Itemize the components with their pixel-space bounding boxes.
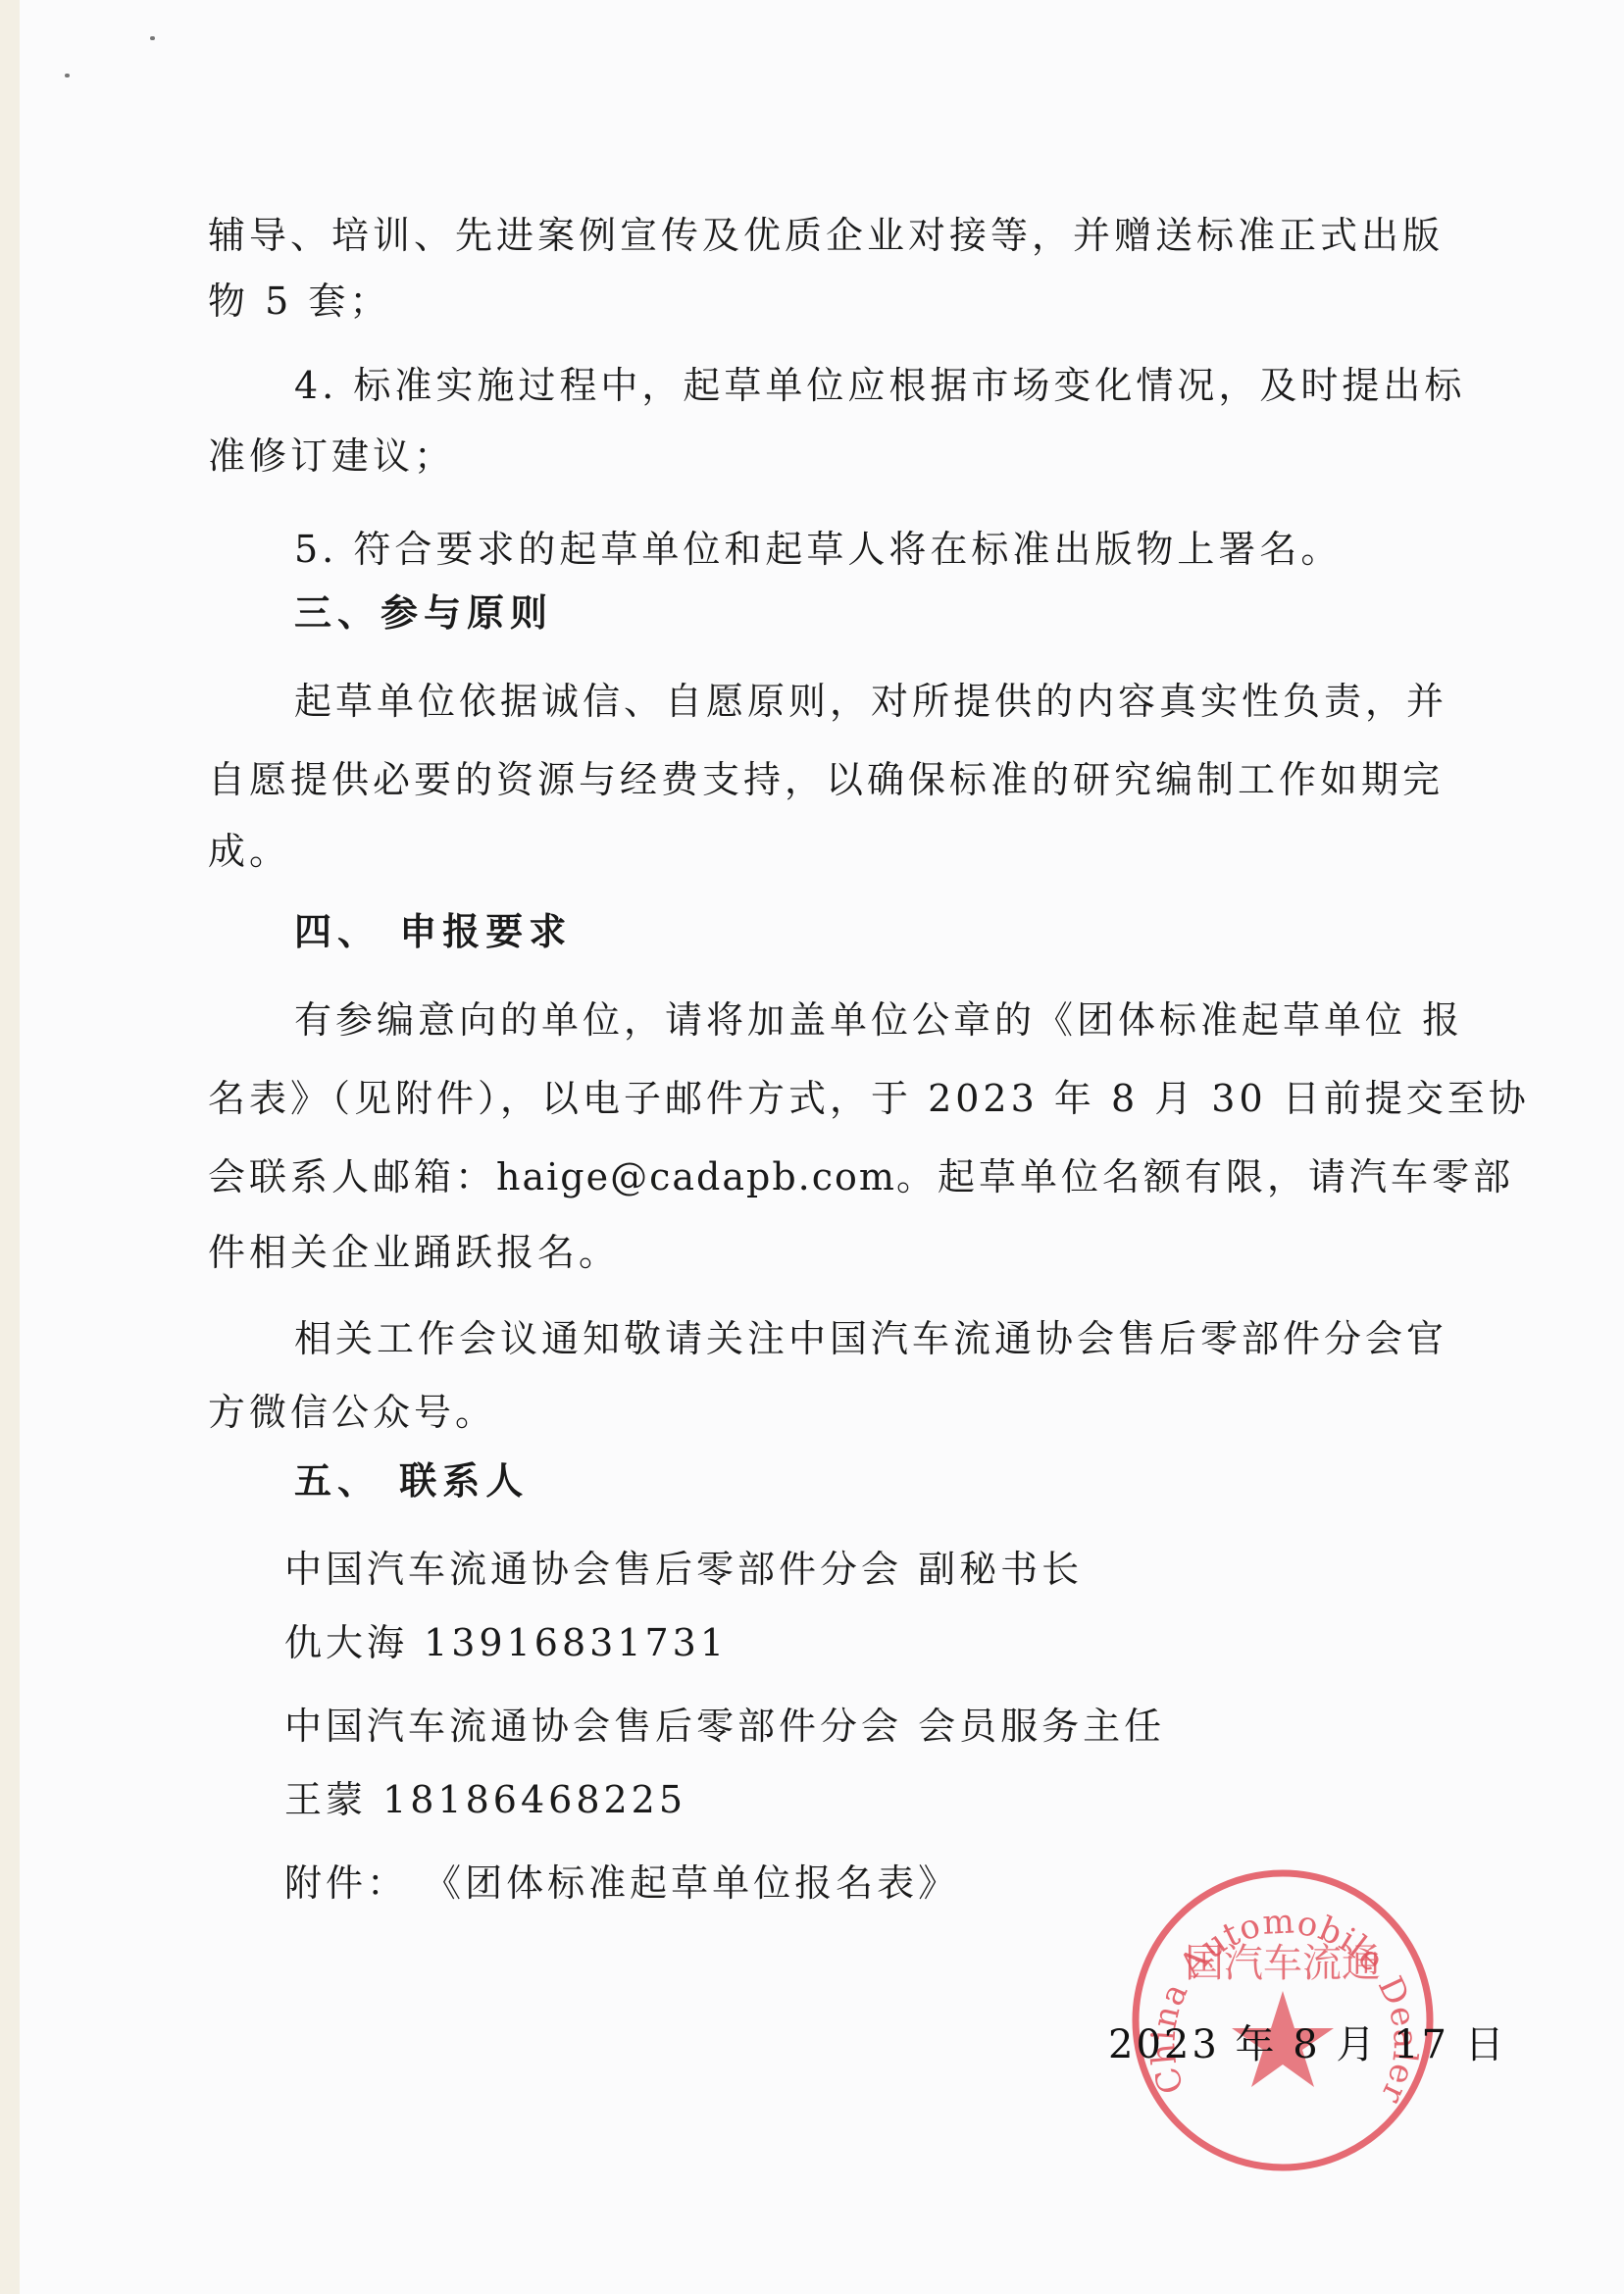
svg-text:国汽车流通: 国汽车流通 xyxy=(1185,1941,1381,1986)
paragraph-line: 成。 xyxy=(208,827,290,876)
contact-org-title: 中国汽车流通协会售后零部件分会 副秘书长 xyxy=(284,1545,1083,1594)
list-item-4: 4. 标准实施过程中，起草单位应根据市场变化情况，及时提出标 xyxy=(294,361,1465,410)
contact-name-phone: 王蒙 18186468225 xyxy=(284,1775,686,1824)
email-label: 会联系人邮箱： xyxy=(208,1155,496,1198)
paragraph-line: 辅导、培训、先进案例宣传及优质企业对接等，并赠送标准正式出版 xyxy=(208,211,1444,260)
contact-name-phone: 仇大海 13916831731 xyxy=(284,1618,728,1667)
list-item-4-cont: 准修订建议； xyxy=(208,432,455,481)
document-date: 2023 年 8 月 17 日 xyxy=(1108,2020,1507,2069)
section-heading-5: 五、 联系人 xyxy=(294,1456,529,1505)
list-item-5: 5. 符合要求的起草单位和起草人将在标准出版物上署名。 xyxy=(294,525,1342,574)
document-page: 辅导、培训、先进案例宣传及优质企业对接等，并赠送标准正式出版 物 5 套； 4.… xyxy=(0,0,1624,2294)
paragraph-line: 物 5 套； xyxy=(208,277,390,326)
attachment-line: 附件： 《团体标准起草单位报名表》 xyxy=(284,1859,959,1908)
paragraph-text: 。起草单位名额有限，请汽车零部 xyxy=(896,1155,1514,1198)
paragraph-line: 会联系人邮箱：haige@cadapb.com。起草单位名额有限，请汽车零部 xyxy=(208,1152,1514,1201)
paragraph-line: 方微信公众号。 xyxy=(208,1388,496,1437)
paragraph-line: 起草单位依据诚信、自愿原则，对所提供的内容真实性负责，并 xyxy=(294,677,1447,726)
paragraph-line: 自愿提供必要的资源与经费支持，以确保标准的研究编制工作如期完 xyxy=(208,755,1444,804)
email-link[interactable]: haige@cadapb.com xyxy=(496,1155,896,1198)
section-heading-4: 四、 申报要求 xyxy=(294,907,572,956)
paragraph-line: 有参编意向的单位，请将加盖单位公章的《团体标准起草单位 报 xyxy=(294,995,1463,1045)
paragraph-line: 相关工作会议通知敬请关注中国汽车流通协会售后零部件分会官 xyxy=(294,1314,1447,1363)
contact-org-title: 中国汽车流通协会售后零部件分会 会员服务主任 xyxy=(284,1702,1165,1751)
svg-text:China Automobile Dealers Assoc: China Automobile Dealers Association xyxy=(1126,1863,1425,2110)
section-heading-3: 三、参与原则 xyxy=(294,588,553,637)
paragraph-line: 件相关企业踊跃报名。 xyxy=(208,1228,620,1277)
paragraph-line: 名表》（见附件），以电子邮件方式，于 2023 年 8 月 30 日前提交至协 xyxy=(208,1074,1530,1123)
